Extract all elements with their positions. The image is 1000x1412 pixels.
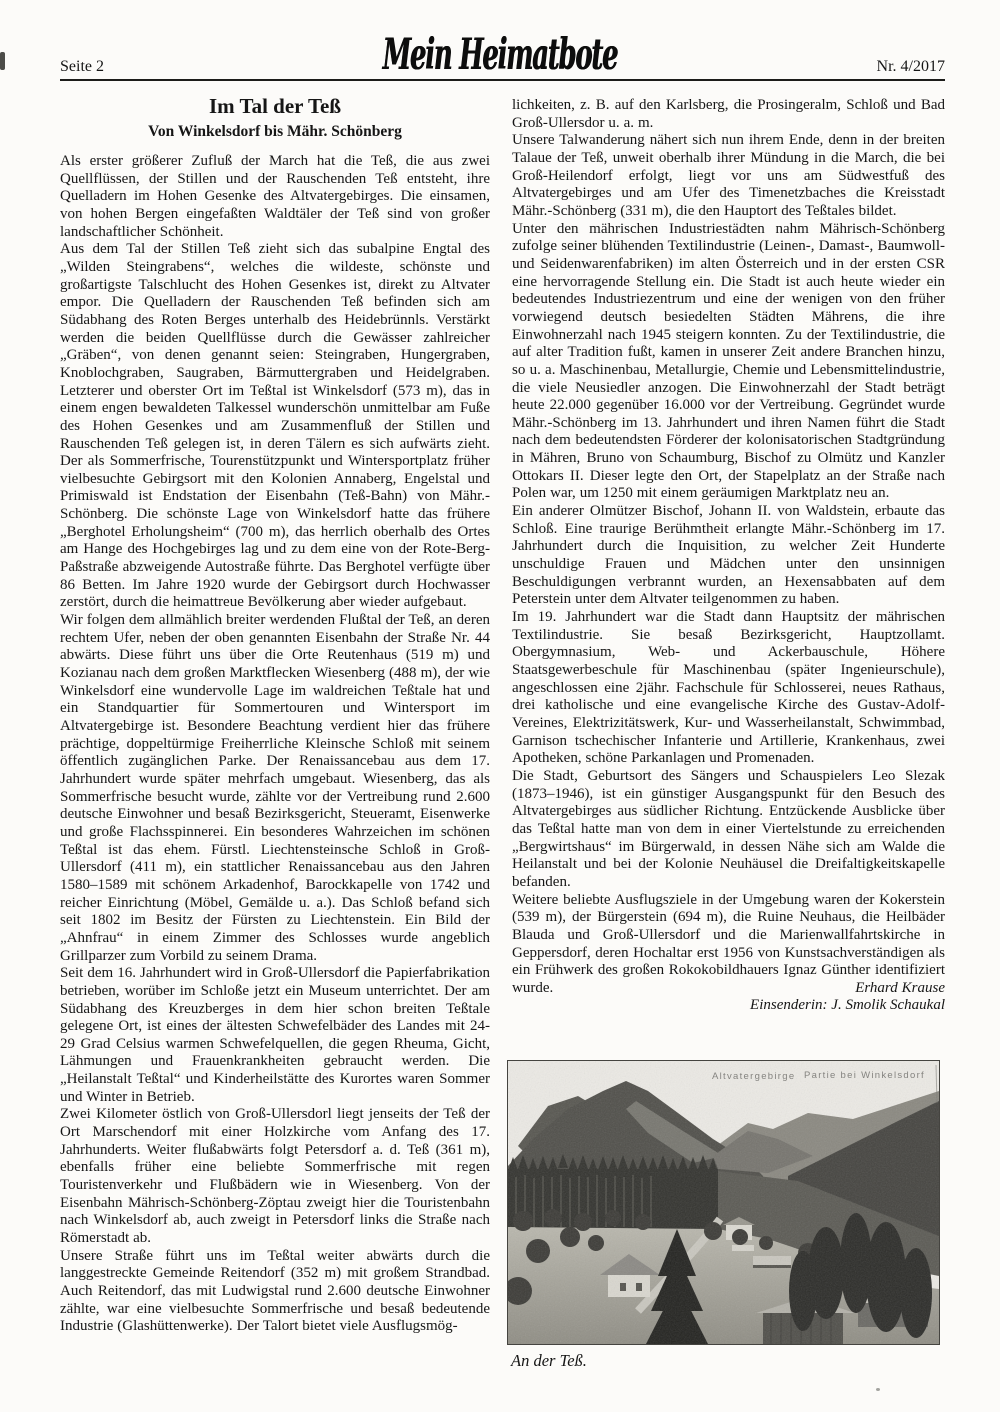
article-paragraph: Weitere beliebte Ausflugsziele in der Um… <box>512 892 945 998</box>
article-paragraph: Im 19. Jahrhundert war die Stadt dann Ha… <box>512 609 945 768</box>
article-paragraph: Als erster größerer Zufluß der March hat… <box>60 153 490 241</box>
article-paragraph: Seit dem 16. Jahrhundert wird in Groß-Ul… <box>60 965 490 1106</box>
article-paragraph: Unsere Straße führt uns im Teßtal weiter… <box>60 1248 490 1336</box>
article-subtitle: Von Winkelsdorf bis Mähr. Schönberg <box>60 123 490 141</box>
issue-number-label: Nr. 4/2017 <box>877 58 945 76</box>
right-column: lichkeiten, z. B. auf den Karlsberg, die… <box>512 97 945 1015</box>
newspaper-masthead: Mein Heimatbote <box>383 30 618 80</box>
newspaper-page: Seite 2 Mein Heimatbote Nr. 4/2017 Im Ta… <box>0 0 1000 1412</box>
article-paragraph: Aus dem Tal der Stillen Teß zieht sich d… <box>60 241 490 612</box>
submitter-credit: Einsenderin: J. Smolik Schaukal <box>512 997 945 1015</box>
scan-artifact <box>876 1388 880 1391</box>
article-paragraph: Unter den mährischen Industriestädten na… <box>512 221 945 504</box>
page-number-label: Seite 2 <box>60 58 104 76</box>
article-paragraph: Die Stadt, Geburtsort des Sängers und Sc… <box>512 768 945 892</box>
left-column: Im Tal der Teß Von Winkelsdorf bis Mähr.… <box>60 94 490 1336</box>
photo-postcard: Altvatergebirge Partie bei Winkelsdorf <box>507 1060 940 1345</box>
scan-artifact <box>0 52 5 70</box>
postcard-illustration <box>508 1061 939 1344</box>
article-paragraph: Zwei Kilometer östlich von Groß-Ullersdo… <box>60 1106 490 1247</box>
article-paragraph: Unsere Talwanderung nähert sich nun ihre… <box>512 132 945 220</box>
author-signature: Erhard Krause <box>855 980 945 998</box>
postcard-overlay-region-label: Altvatergebirge <box>712 1071 795 1082</box>
article-paragraph: lichkeiten, z. B. auf den Karlsberg, die… <box>512 97 945 132</box>
postcard-overlay-title-label: Partie bei Winkelsdorf <box>804 1070 925 1081</box>
photo-caption: An der Teß. <box>511 1351 587 1371</box>
film-grain <box>508 1061 939 1344</box>
header-rule <box>60 79 945 81</box>
article-paragraph: Ein anderer Olmützer Bischof, Johann II.… <box>512 503 945 609</box>
article-title: Im Tal der Teß <box>60 94 490 118</box>
article-paragraph: Wir folgen dem allmählich breiter werden… <box>60 612 490 965</box>
